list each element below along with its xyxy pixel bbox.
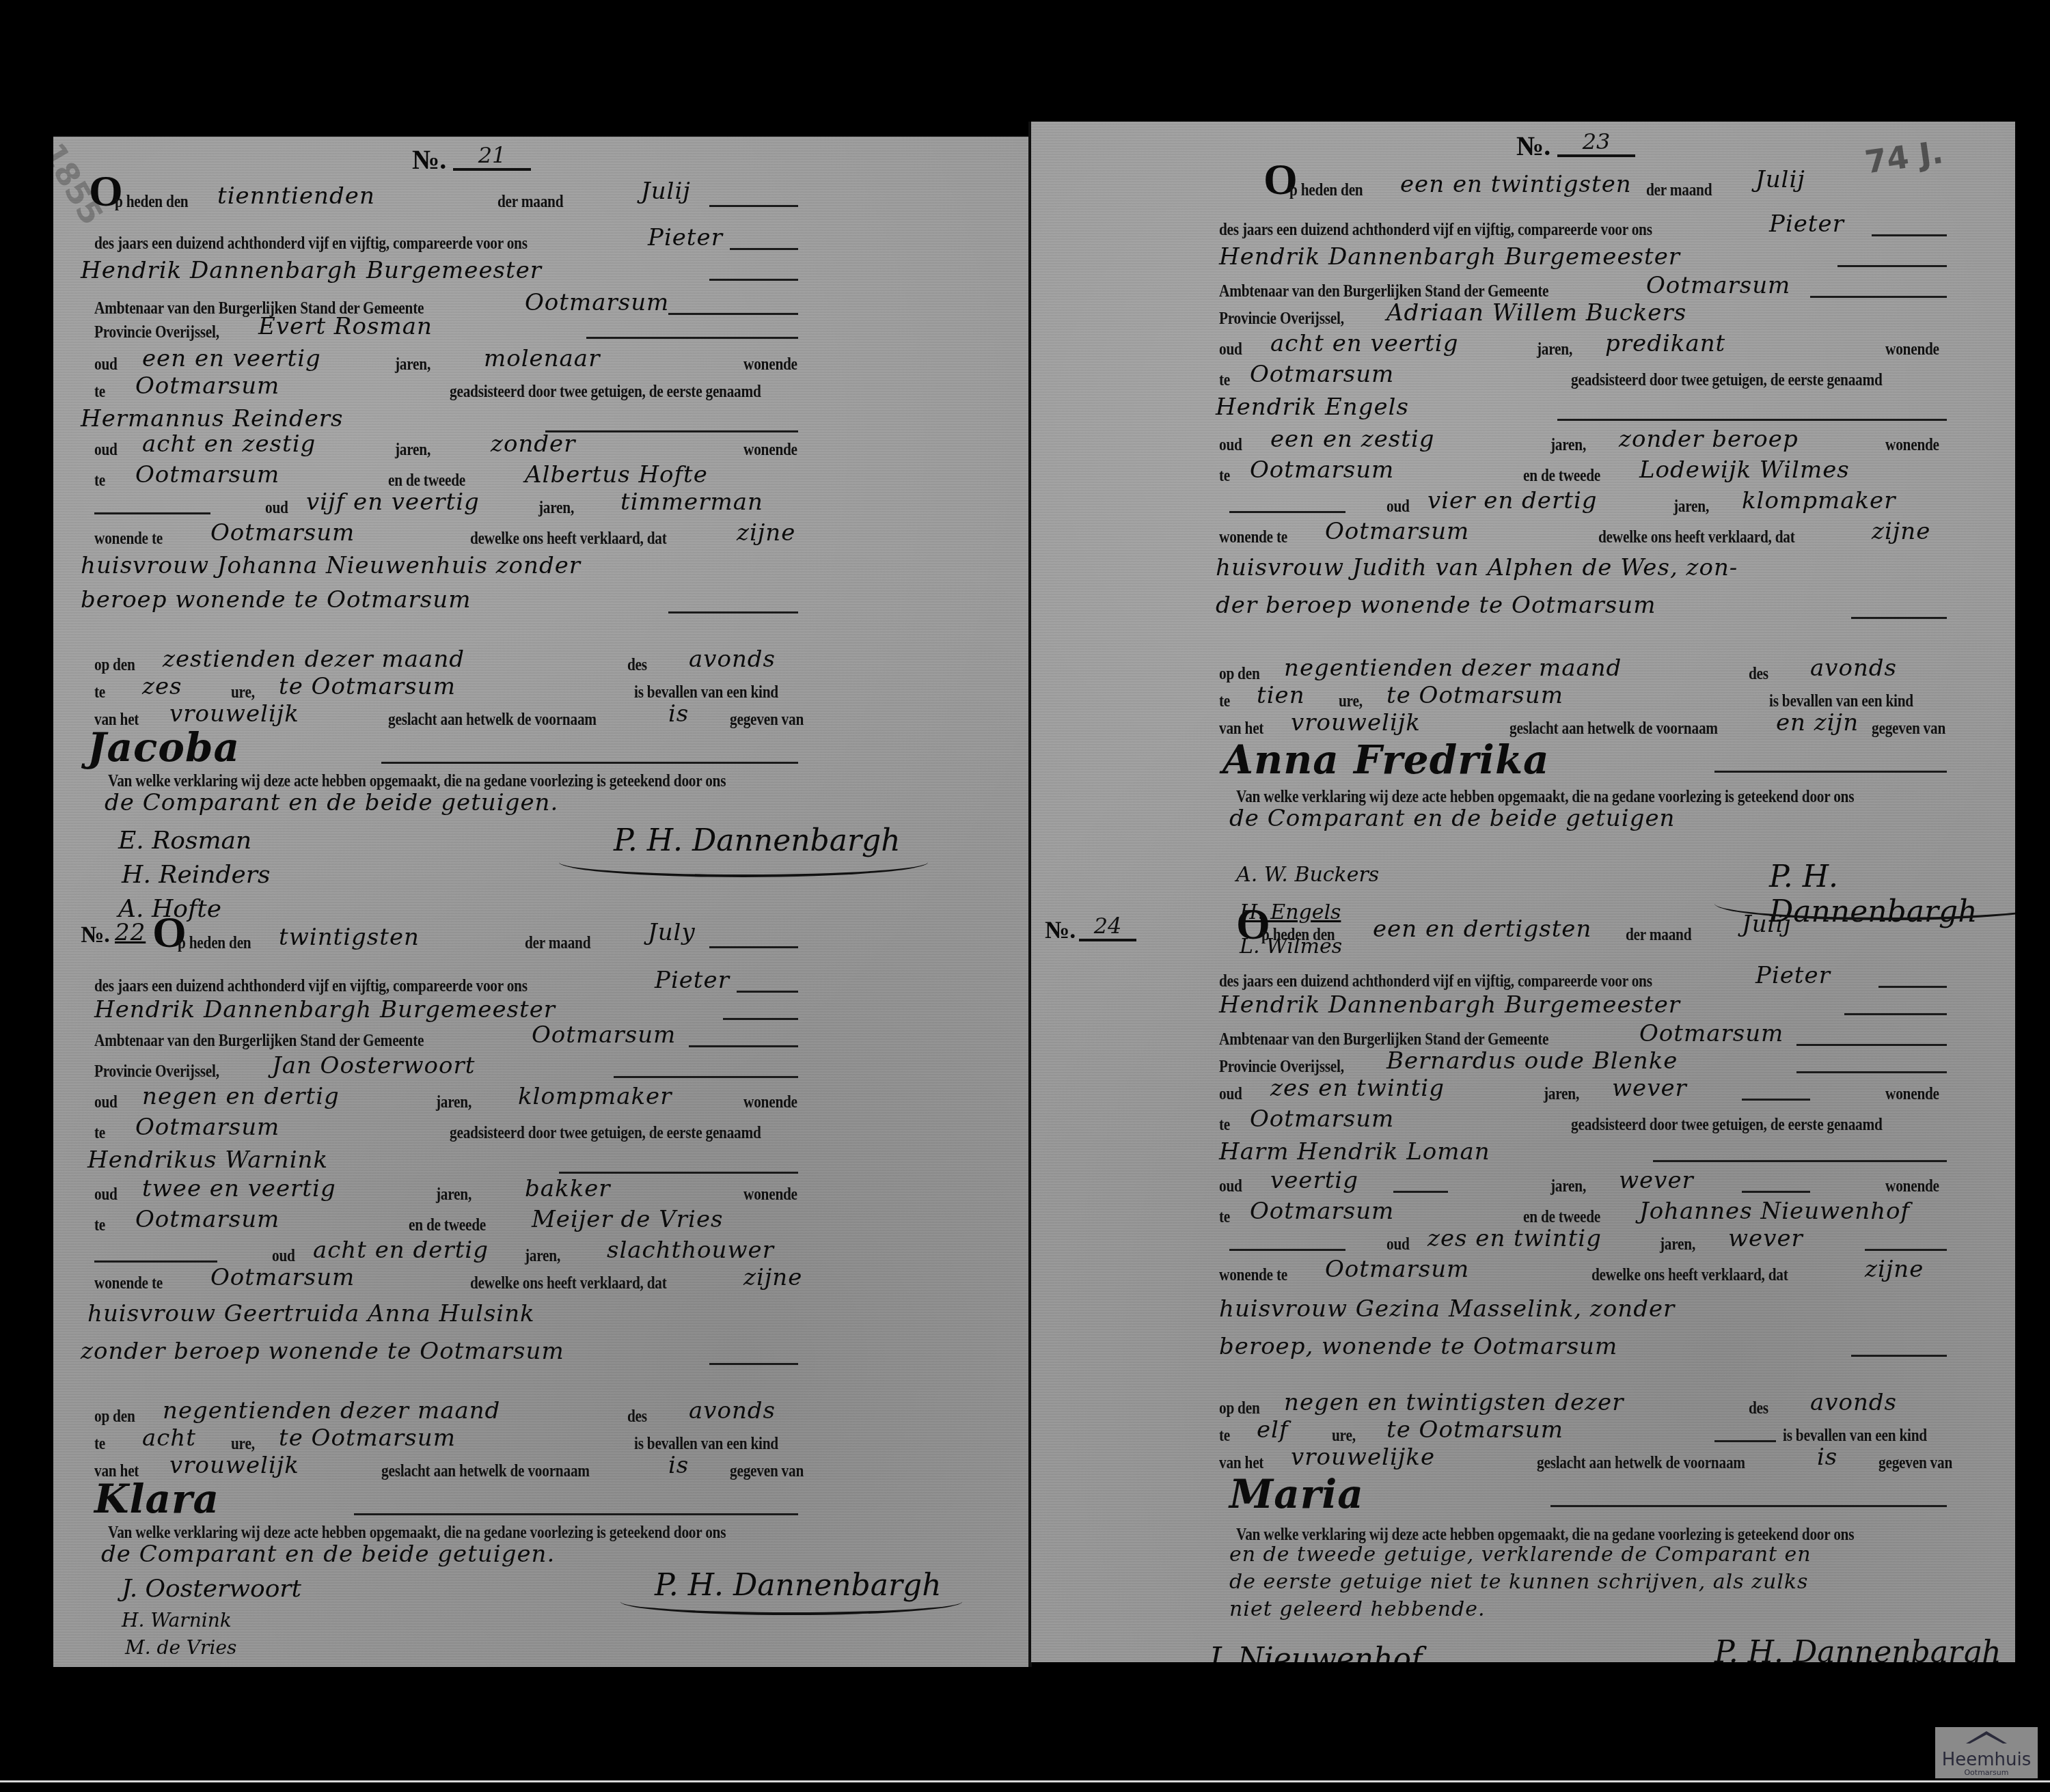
- witness2-residence: Ootmarsum: [1325, 518, 1469, 545]
- witness-signature: H. Warnink: [122, 1609, 232, 1631]
- witness1-name: Hendrik Engels: [1216, 394, 1409, 421]
- witness1-residence: Ootmarsum: [135, 461, 279, 488]
- birth-record-22: №. 22 O p heden den twintigsten der maan…: [53, 915, 1029, 1667]
- record-month: Julij: [1755, 166, 1805, 193]
- child-sex: vrouwelijk: [169, 1452, 299, 1479]
- record-day: een en dertigsten: [1373, 915, 1591, 943]
- child-sex: vrouwelijk: [1291, 709, 1421, 736]
- declarant-residence: Ootmarsum: [135, 1114, 279, 1141]
- witness1-occupation: zonder beroep: [1619, 426, 1799, 453]
- witness2-age: zes en twintig: [1427, 1225, 1602, 1252]
- record-number-label: №.: [1045, 915, 1076, 944]
- witness2-occupation: wever: [1728, 1225, 1803, 1252]
- birth-day: zestienden dezer maand: [163, 646, 465, 673]
- witness-signature: A. W. Buckers: [1236, 863, 1379, 887]
- heemhuis-watermark: Heemhuis Ootmarsum: [1935, 1727, 2038, 1778]
- official-name: Hendrik Dannenbargh Burgemeester: [1219, 243, 1680, 271]
- birth-daypart: avonds: [1810, 654, 1897, 682]
- declarant-residence: Ootmarsum: [1250, 1105, 1394, 1133]
- official-first-name: Pieter: [1755, 962, 1831, 989]
- birth-place: te Ootmarsum: [1386, 682, 1563, 709]
- birth-daypart: avonds: [1810, 1389, 1897, 1416]
- official-first-name: Pieter: [648, 224, 723, 251]
- signed-by: de Comparant en de beide getuigen.: [105, 789, 558, 816]
- witness1-name: Harm Hendrik Loman: [1219, 1138, 1490, 1166]
- declarant-occupation: klompmaker: [518, 1083, 672, 1110]
- signed-by-line: en de tweede getuige, verklarende de Com…: [1229, 1543, 1812, 1567]
- signed-by-line: niet geleerd hebbende.: [1229, 1597, 1485, 1621]
- scan-edge-line: [0, 1780, 2050, 1782]
- child-sex: vrouwelijke: [1291, 1444, 1435, 1471]
- declarant-age: acht en veertig: [1270, 330, 1459, 357]
- record-day: twintigsten: [279, 924, 420, 951]
- witness1-residence: Ootmarsum: [1250, 456, 1394, 484]
- witness2-age: vijf en veertig: [306, 488, 480, 516]
- gemeente: Ootmarsum: [1639, 1020, 1783, 1047]
- official-name: Hendrik Dannenbargh Burgemeester: [1219, 991, 1680, 1019]
- witness2-occupation: timmerman: [620, 488, 763, 516]
- declarant-residence: Ootmarsum: [1250, 361, 1394, 388]
- birth-hour: acht: [142, 1424, 196, 1452]
- witness1-age: een en zestig: [1270, 426, 1435, 453]
- witness2-occupation: klompmaker: [1742, 487, 1896, 514]
- witness2-age: vier en dertig: [1427, 487, 1598, 514]
- declarant-name: Bernardus oude Blenke: [1386, 1047, 1678, 1075]
- witness-signature: H. Reinders: [122, 861, 270, 889]
- declarant-age: negen en dertig: [142, 1083, 340, 1110]
- left-page: 1855 №. 21 O p heden den tienntienden de…: [53, 137, 1029, 1667]
- witness2-name: Albertus Hofte: [525, 461, 708, 488]
- witness1-age: veertig: [1270, 1167, 1358, 1194]
- record-number: 21: [453, 142, 531, 171]
- record-month: Julij: [641, 178, 691, 205]
- declarant-occupation: predikant: [1605, 330, 1725, 357]
- declarant-name: Evert Rosman: [258, 313, 433, 340]
- official-first-name: Pieter: [655, 967, 730, 994]
- record-number: 22: [115, 919, 146, 946]
- record-number: 24: [1079, 913, 1136, 941]
- record-month: Julij: [1742, 911, 1792, 938]
- witness-signature: M. de Vries: [125, 1636, 236, 1659]
- witness2-name: Johannes Nieuwenhof: [1639, 1198, 1910, 1225]
- witness2-residence: Ootmarsum: [1325, 1256, 1469, 1283]
- record-number-label: №.: [412, 143, 446, 176]
- birth-day: negentienden dezer maand: [1284, 654, 1622, 682]
- witness1-age: twee en veertig: [142, 1175, 336, 1202]
- mother-line: huisvrouw Geertruida Anna Hulsink: [87, 1300, 535, 1327]
- birth-hour: tien: [1257, 682, 1305, 709]
- right-page: 74 J. №. 23 O p heden den een en twintig…: [1031, 122, 2015, 1662]
- official-first-name: Pieter: [1769, 210, 1844, 238]
- witness1-occupation: wever: [1619, 1167, 1694, 1194]
- birth-day: negen en twintigsten dezer: [1284, 1389, 1624, 1416]
- mother-line: huisvrouw Gezina Masselink, zonder: [1219, 1295, 1675, 1323]
- birth-hour: elf: [1257, 1416, 1289, 1444]
- signed-by: de Comparant en de beide getuigen: [1229, 805, 1675, 832]
- declarant-residence: Ootmarsum: [135, 372, 279, 400]
- witness1-name: Hendrikus Warnink: [87, 1146, 328, 1174]
- birth-hour: zes: [142, 673, 182, 700]
- official-name: Hendrik Dannenbargh Burgemeester: [81, 257, 542, 284]
- gemeente: Ootmarsum: [1646, 272, 1790, 299]
- birth-day: negentienden dezer maand: [163, 1397, 500, 1424]
- record-number-label: №.: [81, 922, 110, 948]
- signed-by-line: de eerste getuige niet te kunnen schrijv…: [1229, 1570, 1808, 1594]
- declarant-name: Jan Oosterwoort: [272, 1052, 475, 1079]
- record-day: een en twintigsten: [1400, 171, 1632, 198]
- record-number: 23: [1557, 128, 1635, 157]
- declarant-age: zes en twintig: [1270, 1075, 1445, 1102]
- register-spread: 1855 №. 21 O p heden den tienntienden de…: [0, 0, 2050, 1792]
- witness2-age: acht en dertig: [313, 1237, 489, 1264]
- birth-record-21: №. 21 O p heden den tienntienden der maa…: [53, 137, 1029, 895]
- witness2-name: Lodewijk Wilmes: [1639, 456, 1850, 484]
- record-number-label: №.: [1516, 130, 1550, 162]
- birth-daypart: avonds: [689, 646, 776, 673]
- birth-daypart: avonds: [689, 1397, 776, 1424]
- witness-signature: E. Rosman: [118, 827, 251, 855]
- declarant-name: Adriaan Willem Buckers: [1386, 299, 1686, 327]
- witness2-residence: Ootmarsum: [210, 519, 355, 547]
- witness-signature: J. Oosterwoort: [122, 1575, 301, 1603]
- child-name: Maria: [1229, 1471, 1364, 1517]
- witness1-age: acht en zestig: [142, 430, 316, 458]
- witness2-residence: Ootmarsum: [210, 1264, 355, 1291]
- witness1-residence: Ootmarsum: [135, 1206, 279, 1233]
- witness2-name: Meijer de Vries: [532, 1206, 723, 1233]
- declarant-occupation: molenaar: [484, 345, 600, 372]
- birth-place: te Ootmarsum: [279, 673, 456, 700]
- birth-place: te Ootmarsum: [279, 1424, 456, 1452]
- record-month: July: [648, 919, 696, 946]
- birth-record-24: №. 24 O p heden den een en dertigsten de…: [1031, 907, 2015, 1659]
- witness1-residence: Ootmarsum: [1250, 1198, 1394, 1225]
- witness1-occupation: zonder: [491, 430, 575, 458]
- signed-by: de Comparant en de beide getuigen.: [101, 1541, 555, 1568]
- declarant-occupation: wever: [1612, 1075, 1687, 1102]
- watermark-place: Ootmarsum: [1964, 1769, 2008, 1777]
- declarant-age: een en veertig: [142, 345, 321, 372]
- gemeente: Ootmarsum: [532, 1021, 676, 1049]
- birth-record-23: №. 23 O p heden den een en twintigsten d…: [1031, 122, 2015, 887]
- mother-line: huisvrouw Johanna Nieuwenhuis zonder: [81, 552, 581, 579]
- witness2-occupation: slachthouwer: [607, 1237, 774, 1264]
- witness1-occupation: bakker: [525, 1175, 611, 1202]
- mother-line: huisvrouw Judith van Alphen de Wes, zon-: [1216, 554, 1738, 581]
- record-day: tienntienden: [217, 182, 375, 210]
- witness-signature: J. Nieuwenhof: [1209, 1642, 1422, 1662]
- birth-place: te Ootmarsum: [1386, 1416, 1563, 1444]
- watermark-name: Heemhuis: [1942, 1751, 2032, 1769]
